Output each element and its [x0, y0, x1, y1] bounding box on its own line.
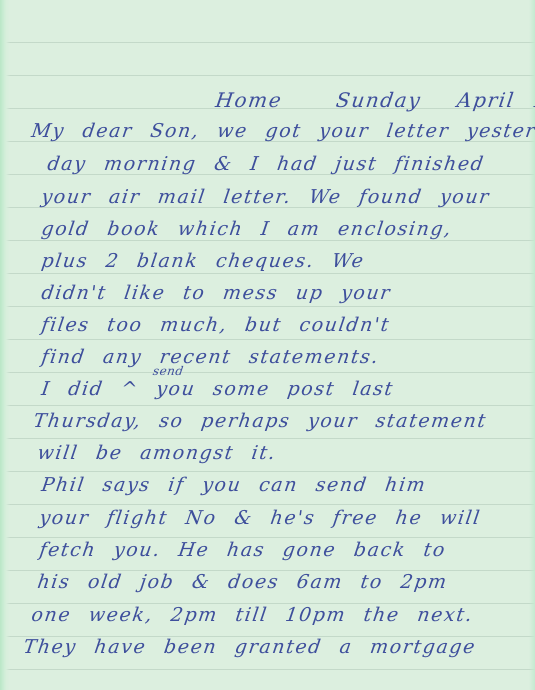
letter-line-16: one week, 2pm till 10pm the next. — [30, 604, 475, 626]
letter-line-14: fetch you. He has gone back to — [38, 539, 447, 561]
letter-line-4: gold book which I am enclosing, — [40, 218, 453, 240]
letter-date-header: Home Sunday April 1st 1979 — [214, 88, 535, 112]
letter-line-7: files too much, but couldn't — [40, 314, 392, 336]
letter-line-8: find any recent statements. — [40, 346, 381, 368]
letter-line-17: They have been granted a mortgage — [22, 636, 478, 658]
header-date: 1 — [531, 88, 535, 112]
letter-line-9: I did ^ you some post last — [40, 378, 395, 400]
letter-line-3: your air mail letter. We found your — [40, 186, 492, 208]
letter-line-12: Phil says if you can send him — [40, 474, 428, 496]
letter-line-5: plus 2 blank cheques. We — [40, 250, 366, 272]
header-day: Sunday — [335, 88, 423, 112]
letter-line-2: day morning & I had just finished — [46, 153, 486, 175]
header-month: April — [456, 88, 517, 112]
letter-line-6: didn't like to mess up your — [40, 282, 393, 304]
letter-line-10: Thursday, so perhaps your statement — [32, 410, 488, 432]
letter-line-11: will be amongst it. — [36, 442, 278, 464]
inserted-word-send: send — [152, 364, 185, 378]
letter-line-13: your flight No & he's free he will — [38, 507, 482, 529]
letter-line-15: his old job & does 6am to 2pm — [36, 571, 449, 593]
header-place: Home — [214, 88, 284, 112]
letter-line-1: My dear Son, we got your letter yester- — [30, 120, 535, 142]
